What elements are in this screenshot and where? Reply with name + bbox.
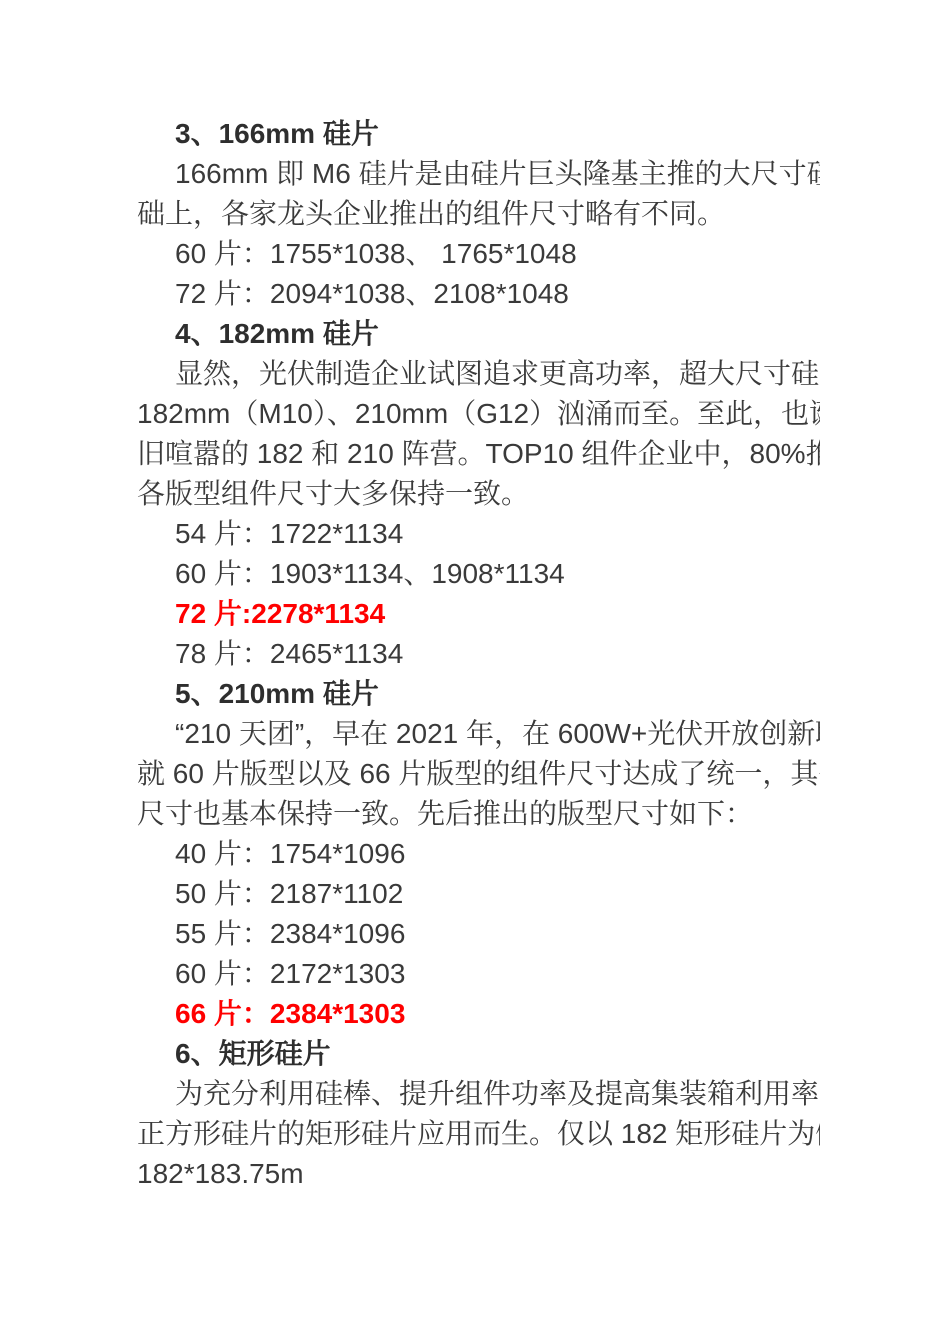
heading-rectangular-wafer: 6、矩形硅片 — [137, 1034, 820, 1074]
spec-line-182-78pcs: 78 片：2465*1134 — [137, 634, 820, 674]
spec-line-166-72pcs: 72 片：2094*1038、2108*1048 — [137, 274, 820, 314]
heading-210mm-wafer: 5、210mm 硅片 — [137, 674, 820, 714]
spec-line-182-72pcs-highlighted: 72 片:2278*1134 — [137, 594, 820, 634]
paragraph-line: 166mm 即 M6 硅片是由硅片巨头隆基主推的大尺寸硅片。在此基 — [137, 154, 820, 194]
spec-line-182-54pcs: 54 片：1722*1134 — [137, 514, 820, 554]
paragraph-line: 尺寸也基本保持一致。先后推出的版型尺寸如下： — [137, 794, 820, 834]
paragraph-line: “210 天团”，早在 2021 年，在 600W+光伏开放创新联盟推动下， — [137, 714, 820, 754]
spec-line-210-40pcs: 40 片：1754*1096 — [137, 834, 820, 874]
document-page: 3、166mm 硅片 166mm 即 M6 硅片是由硅片巨头隆基主推的大尺寸硅片… — [0, 0, 950, 1344]
spec-line-210-55pcs: 55 片：2384*1096 — [137, 914, 820, 954]
paragraph-line: 旧喧嚣的 182 和 210 阵营。TOP10 组件企业中，80%推出 182 … — [137, 434, 820, 474]
paragraph-line: 显然，光伏制造企业试图追求更高功率，超大尺寸硅片 — [137, 354, 820, 394]
paragraph-line: 182*183.75m — [137, 1154, 820, 1194]
paragraph-line: 各版型组件尺寸大多保持一致。 — [137, 474, 820, 514]
spec-line-210-50pcs: 50 片：2187*1102 — [137, 874, 820, 914]
spec-line-182-60pcs: 60 片：1903*1134、1908*1134 — [137, 554, 820, 594]
heading-182mm-wafer: 4、182mm 硅片 — [137, 314, 820, 354]
spec-line-210-60pcs: 60 片：2172*1303 — [137, 954, 820, 994]
spec-line-166-60pcs: 60 片：1755*1038、 1765*1048 — [137, 234, 820, 274]
paragraph-line: 就 60 片版型以及 66 片版型的组件尺寸达成了统一，其他各版型组件 — [137, 754, 820, 794]
paragraph-line: 础上，各家龙头企业推出的组件尺寸略有不同。 — [137, 194, 820, 234]
paragraph-line: 182mm（M10）、210mm（G12）汹涌而至。至此，也诞生了当下仍 — [137, 394, 820, 434]
heading-166mm-wafer: 3、166mm 硅片 — [137, 114, 820, 154]
spec-line-210-66pcs-highlighted: 66 片：2384*1303 — [137, 994, 820, 1034]
paragraph-line: 正方形硅片的矩形硅片应用而生。仅以 182 矩形硅片为例，有 — [137, 1114, 820, 1154]
paragraph-line: 为充分利用硅棒、提升组件功率及提高集装箱利用率，颠覆传统 — [137, 1074, 820, 1114]
